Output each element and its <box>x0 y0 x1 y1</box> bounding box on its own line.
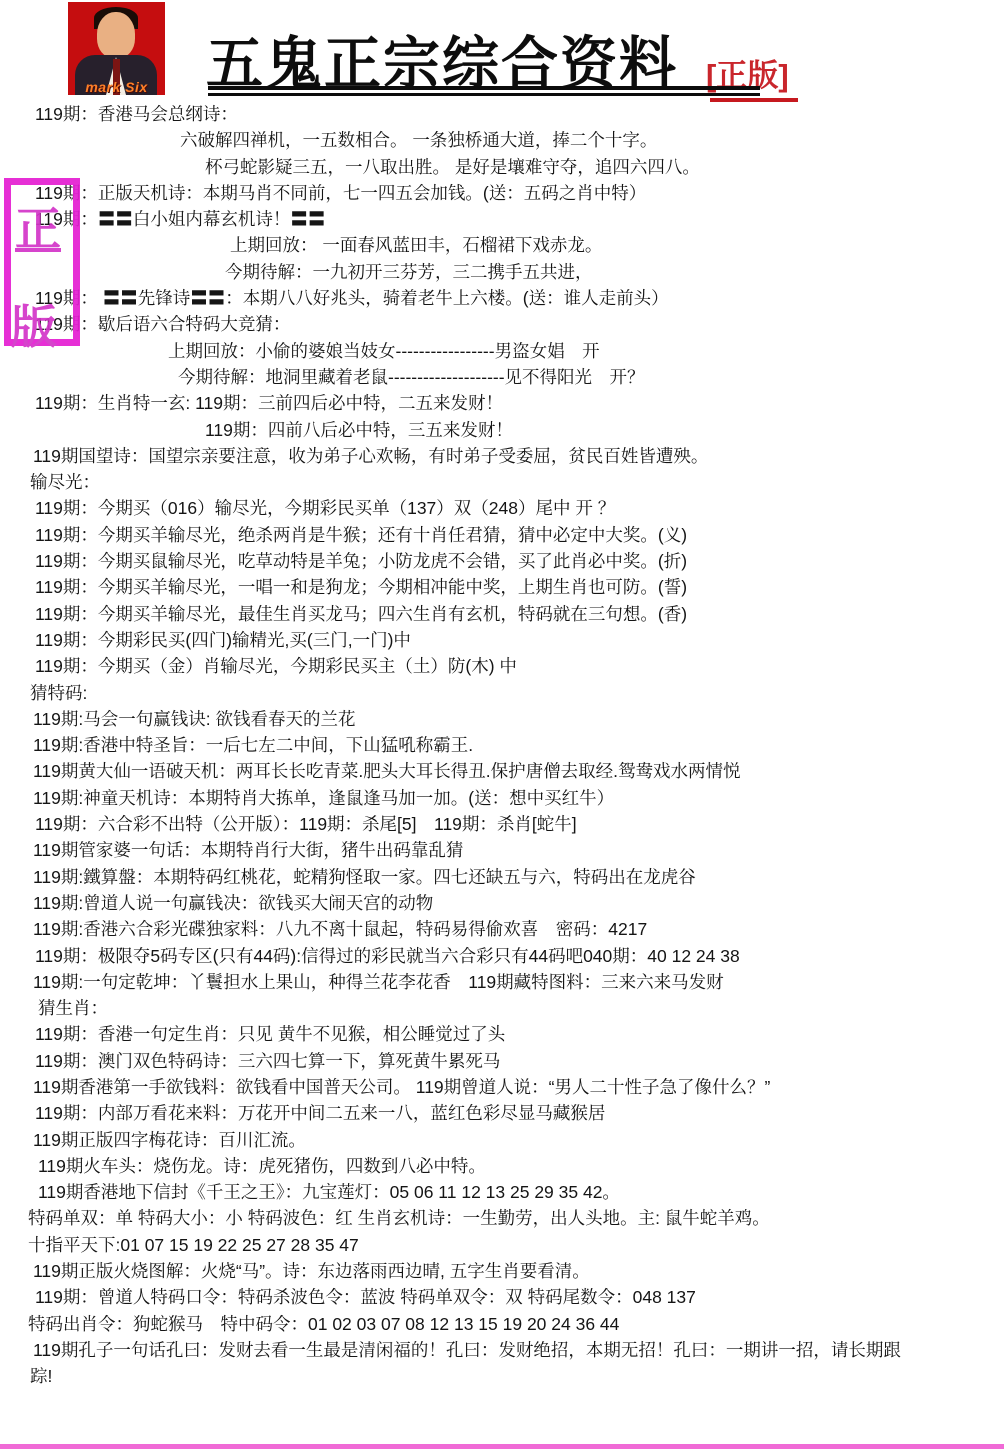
text-line: 119期管家婆一句话：本期特肖行大街，猪牛出码靠乱猜 <box>0 837 1004 863</box>
text-line: 十指平天下:01 07 15 19 22 25 27 28 35 47 <box>0 1232 1004 1258</box>
text-line: 119期:一句定乾坤：丫鬟担水上果山，种得兰花李花香 119期藏特图料：三来六来… <box>0 969 1004 995</box>
text-line: 猜生肖： <box>0 995 1004 1021</box>
text-line: 119期：生肖特一玄: 119期：三前四后必中特，二五来发财！ <box>0 390 1004 416</box>
text-line: 上期回放：小偷的婆娘当妓女-----------------男盗女娼 开 <box>0 338 1004 364</box>
masthead: mark Six 五鬼正宗综合资料 [正版] <box>0 0 1004 100</box>
text-line: 119期国望诗：国望宗亲要注意，收为弟子心欢畅，有时弟子受委屈，贫民百姓皆遭殃。 <box>0 443 1004 469</box>
text-line: 119期黄大仙一语破天机：两耳长长吃青菜.肥头大耳长得丑.保护唐僧去取经.鸳鸯戏… <box>0 758 1004 784</box>
text-line: 119期：今期买鼠输尽光，吃草动特是羊兔；小防龙虎不会错，买了此肖必中奖。(折) <box>0 548 1004 574</box>
text-line: 踪! <box>0 1363 1004 1389</box>
text-line: 119期：今期买（金）肖输尽光，今期彩民买主（土）防(木) 中 <box>0 653 1004 679</box>
content-lines: 119期：香港马会总纲诗：六破解四禅机，一五数相合。 一条独桥通大道，捧二个十字… <box>0 101 1004 1390</box>
text-line: 猜特码: <box>0 680 1004 706</box>
title-underline-thick <box>208 86 760 90</box>
text-line: 今期待解：地洞里藏着老鼠--------------------见不得阳光 开？ <box>0 364 1004 390</box>
text-line: 119期:香港六合彩光碟独家料：八九不离十鼠起，特码易得偷欢喜 密码：4217 <box>0 916 1004 942</box>
bottom-rule <box>0 1444 1004 1449</box>
text-line: 119期：今期买羊输尽光，绝杀两肖是牛猴；还有十肖任君猜，猜中必定中大奖。(义) <box>0 522 1004 548</box>
text-line: 119期：今期买羊输尽光，一唱一和是狗龙；今期相冲能中奖，上期生肖也可防。(誓) <box>0 574 1004 600</box>
text-line: 特码单双：单 特码大小：小 特码波色：红 生肖玄机诗：一生勤劳，出人头地。主: … <box>0 1205 1004 1231</box>
page: mark Six 五鬼正宗综合资料 [正版] 119期：香港马会总纲诗：六破解四… <box>0 0 1004 1456</box>
person-head <box>97 12 135 58</box>
tipster-photo: mark Six <box>68 2 165 95</box>
text-line: 119期：正版天机诗：本期马肖不同前，七一四五会加钱。(送：五码之肖中特） <box>0 180 1004 206</box>
text-line: 六破解四禅机，一五数相合。 一条独桥通大道，捧二个十字。 <box>0 127 1004 153</box>
text-line: 119期：内部万看花来料：万花开中间二五来一八，蓝红色彩尽显马藏猴居 <box>0 1100 1004 1126</box>
text-line: 119期：歇后语六合特码大竞猜： <box>0 311 1004 337</box>
text-line: 119期正版四字梅花诗：百川汇流。 <box>0 1127 1004 1153</box>
text-line: 119期香港第一手欲钱料：欲钱看中国普天公司。 119期曾道人说：“男人二十性子… <box>0 1074 1004 1100</box>
text-line: 119期：六合彩不出特（公开版）：119期：杀尾[5] 119期：杀肖[蛇牛] <box>0 811 1004 837</box>
text-line: 今期待解：一九初开三芬芳，三二携手五共进， <box>0 259 1004 285</box>
text-line: 119期：〓〓白小姐内幕玄机诗！〓〓 <box>0 206 1004 232</box>
text-line: 119期火车头：烧伤龙。诗：虎死猪伤，四数到八必中特。 <box>0 1153 1004 1179</box>
photo-caption: mark Six <box>68 79 165 95</box>
text-line: 119期:香港中特圣旨：一后七左二中间，下山猛吼称霸王. <box>0 732 1004 758</box>
text-line: 119期:鐵算盤：本期特码红桃花，蛇精狗怪取一家。四七还缺五与六，特码出在龙虎谷 <box>0 864 1004 890</box>
text-line: 119期：四前八后必中特，三五来发财！ <box>0 417 1004 443</box>
text-line: 杯弓蛇影疑三五，一八取出胜。 是好是壤难守夺，追四六四八。 <box>0 154 1004 180</box>
text-line: 上期回放： 一面春风蓝田丰，石榴裙下戏赤龙。 <box>0 232 1004 258</box>
text-line: 119期：澳门双色特码诗：三六四七算一下，算死黄牛累死马 <box>0 1048 1004 1074</box>
text-line: 119期： 〓〓先锋诗〓〓：本期八八好兆头，骑着老牛上六楼。(送：谁人走前头） <box>0 285 1004 311</box>
text-line: 119期:曾道人说一句赢钱决：欲钱买大闹天宫的动物 <box>0 890 1004 916</box>
text-line: 特码出肖令：狗蛇猴马 特中码令：01 02 03 07 08 12 13 15 … <box>0 1311 1004 1337</box>
text-line: 119期：今期买羊输尽光，最佳生肖买龙马；四六生肖有玄机，特码就在三句想。(香) <box>0 601 1004 627</box>
text-line: 119期：香港一句定生肖：只见 黄牛不见猴，相公睡觉过了头 <box>0 1021 1004 1047</box>
text-line: 输尽光： <box>0 469 1004 495</box>
text-line: 119期：今期买（016）输尽光，今期彩民买单（137）双（248）尾中 开 ？ <box>0 495 1004 521</box>
title-underline-thin <box>208 93 760 96</box>
text-line: 119期：极限夺5码专区(只有44码):信得过的彩民就当六合彩只有44码吧040… <box>0 943 1004 969</box>
text-line: 119期：曾道人特码口令：特码杀波色令：蓝波 特码单双令：双 特码尾数令：048… <box>0 1284 1004 1310</box>
text-line: 119期:神童天机诗：本期特肖大拣单，逢鼠逢马加一加。(送：想中买红牛） <box>0 785 1004 811</box>
text-line: 119期:马会一句赢钱诀: 欲钱看春天的兰花 <box>0 706 1004 732</box>
text-line: 119期正版火烧图解：火烧“马”。诗：东边落雨西边晴, 五字生肖要看清。 <box>0 1258 1004 1284</box>
text-line: 119期香港地下信封《千王之王》：九宝莲灯：05 06 11 12 13 25 … <box>0 1179 1004 1205</box>
text-line: 119期孔子一句话孔曰：发财去看一生最是清闲福的！孔曰：发财绝招，本期无招！孔曰… <box>0 1337 1004 1363</box>
text-line: 119期：今期彩民买(四门)输精光,买(三门,一门)中 <box>0 627 1004 653</box>
text-line: 119期：香港马会总纲诗： <box>0 101 1004 127</box>
